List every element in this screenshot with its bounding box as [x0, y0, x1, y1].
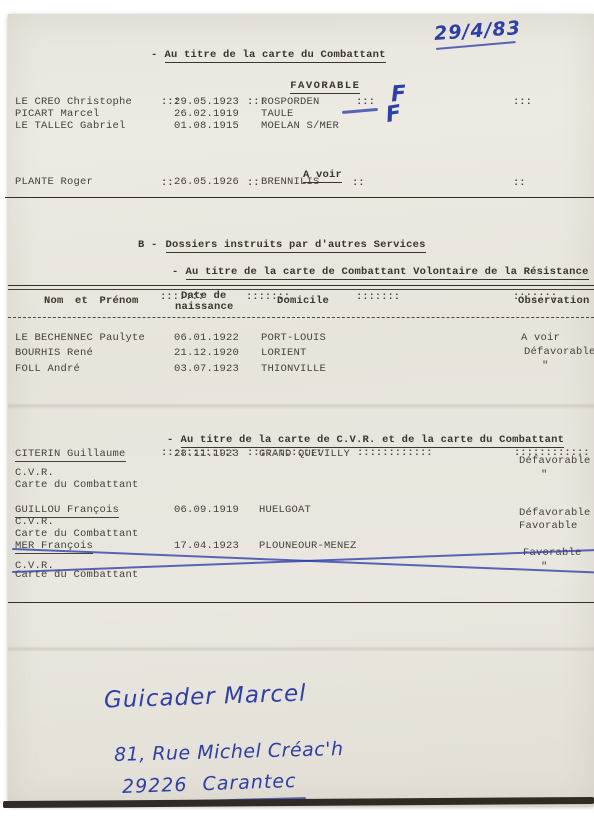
table-header-nom: Nom et Prénom: [44, 296, 139, 307]
avoir-row-date: 26.05.1926: [174, 177, 239, 188]
column-separator: :::: [161, 96, 168, 109]
section-a-heading-text: Au titre de la carte du Combattant: [165, 49, 386, 63]
cvr-row-name: CITERIN Guillaume: [15, 449, 126, 460]
column-separator: ::::::::::::: [161, 447, 168, 460]
column-separator: ::: [161, 177, 168, 189]
section-b-prefix: B -: [138, 239, 158, 251]
scanned-document-page: -Au titre de la carte du Combattant 29/4…: [0, 0, 594, 840]
table-row-observation: A voir: [521, 333, 560, 344]
favorable-row-place: ROSPORDEN: [261, 97, 320, 108]
column-separator: ::::::::::::: [247, 447, 254, 460]
table-top-line-inner: [8, 289, 594, 290]
fold-crease: [8, 646, 594, 652]
cvr-row-observation-1: Défavorable: [519, 508, 591, 519]
favorable-row-name: PICART Marcel: [15, 109, 100, 120]
column-separator: ::: [247, 177, 254, 189]
cvr-row-line2: C.V.R.: [15, 517, 54, 528]
table-top-line: [8, 285, 594, 286]
cvr-row-date: 28.11.1923: [174, 449, 239, 460]
cvr-row-place: HUELGOAT: [259, 505, 311, 516]
favorable-row-place: TAULE: [261, 109, 294, 120]
section-divider-line: [5, 197, 594, 198]
column-separator: :::::::: [160, 290, 167, 305]
table-row-date: 06.01.1922: [174, 333, 239, 344]
table-row-place: PORT-LOUIS: [261, 333, 326, 344]
table-row-observation-ditto: ": [542, 361, 549, 372]
section-b-subtitle-text: Au titre de la carte de Combattant Volon…: [186, 266, 589, 280]
cvr-row-place: PLOUNEOUR-MENEZ: [259, 541, 357, 552]
table-row-observation: Défavorable: [524, 347, 594, 358]
favorable-row-date: 01.08.1915: [174, 121, 239, 132]
table-header-date-naissance-l2: naissance: [175, 302, 234, 313]
cvr-row-observation-2: ": [541, 470, 548, 481]
favorable-row-date: 26.02.1919: [174, 109, 239, 120]
column-separator: ::: [352, 177, 359, 189]
table-row-name: LE BECHENNEC Paulyte: [15, 333, 145, 344]
table-header-underline: [8, 317, 594, 318]
table-row-place: LORIENT: [261, 348, 307, 359]
table-row-place: THIONVILLE: [261, 364, 326, 375]
cvr-row-name: GUILLOU François: [15, 505, 119, 516]
table-row-name: FOLL André: [15, 364, 80, 375]
section-b-heading-text: Dossiers instruits par d'autres Services: [166, 239, 426, 253]
heading-dash: -: [167, 434, 174, 446]
column-separator: :::::::: [246, 290, 253, 305]
avoir-row-place: BRENNILIS: [261, 177, 320, 188]
table-row-date: 21.12.1920: [174, 348, 239, 359]
favorable-row-name: LE TALLEC Gabriel: [15, 121, 126, 132]
cvr-row-observation-2: Favorable: [519, 521, 578, 532]
column-separator: :::::::: [356, 290, 363, 305]
table-bottom-line: [8, 602, 594, 603]
column-separator: :::: [247, 96, 254, 109]
table-row-name: BOURHIS René: [15, 348, 93, 359]
section-c-heading-text: Au titre de la carte de C.V.R. et de la …: [181, 434, 565, 448]
cvr-row-date: 17.04.1923: [174, 541, 239, 552]
table-row-date: 03.07.1923: [174, 364, 239, 375]
column-separator: :::: [513, 96, 520, 109]
cvr-row-line2: C.V.R.: [15, 468, 54, 479]
column-separator: :::::::: [513, 290, 520, 305]
cvr-row-observation-1: Défavorable: [519, 456, 591, 467]
favorable-heading-text: FAVORABLE: [290, 80, 360, 94]
cvr-row-name-text: CITERIN Guillaume: [15, 448, 126, 462]
favorable-row-date: 29.05.1923: [174, 97, 239, 108]
column-separator: ::::::::::::: [357, 447, 364, 460]
cvr-row-line3: Carte du Combattant: [15, 480, 139, 491]
subtitle-dash: -: [172, 266, 179, 278]
favorable-row-place: MOELAN S/MER: [261, 121, 339, 132]
avoir-row-name: PLANTE Roger: [15, 177, 93, 188]
column-separator: :::: [356, 96, 363, 109]
column-separator: ::: [513, 177, 520, 189]
fold-crease: [8, 403, 594, 409]
section-a-heading: -Au titre de la carte du Combattant: [125, 39, 386, 72]
favorable-row-name: LE CREO Christophe: [15, 97, 132, 108]
cvr-row-line3: Carte du Combattant: [15, 529, 139, 540]
heading-dash: -: [151, 49, 158, 61]
cvr-row-date: 06.09.1919: [174, 505, 239, 516]
cvr-row-place: GRAND QUEVILLY: [259, 449, 350, 460]
